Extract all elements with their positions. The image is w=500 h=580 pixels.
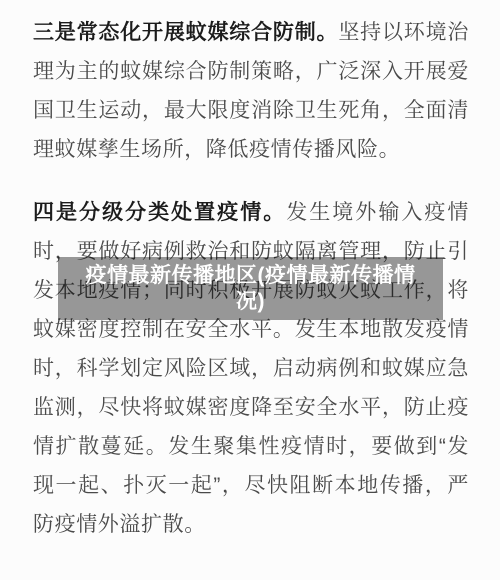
paragraph-measure-4-lead: 四是分级分类处置疫情。 (33, 201, 286, 224)
article-page: 三是常态化开展蚊媒综合防制。坚持以环境治理为主的蚊媒综合防制策略，广泛深入开展爱… (0, 0, 500, 580)
paragraph-measure-4-text: 发生境外输入疫情时，要做好病例救治和防蚊隔离管理，防止引发本地疫情；同时积极开展… (33, 201, 469, 536)
paragraph-measure-3-lead: 三是常态化开展蚊媒综合防制。 (33, 21, 338, 44)
paragraph-measure-3: 三是常态化开展蚊媒综合防制。坚持以环境治理为主的蚊媒综合防制策略，广泛深入开展爱… (33, 13, 469, 169)
watermark-overlay: 疫情最新传播地区(疫情最新传播情况) (58, 257, 443, 320)
watermark-title: 疫情最新传播地区(疫情最新传播情况) (72, 263, 430, 315)
screenshot-root: { "page": { "background_color": "#fcfcfc… (0, 0, 500, 580)
paragraph-measure-4: 四是分级分类处置疫情。发生境外输入疫情时，要做好病例救治和防蚊隔离管理，防止引发… (33, 193, 469, 544)
